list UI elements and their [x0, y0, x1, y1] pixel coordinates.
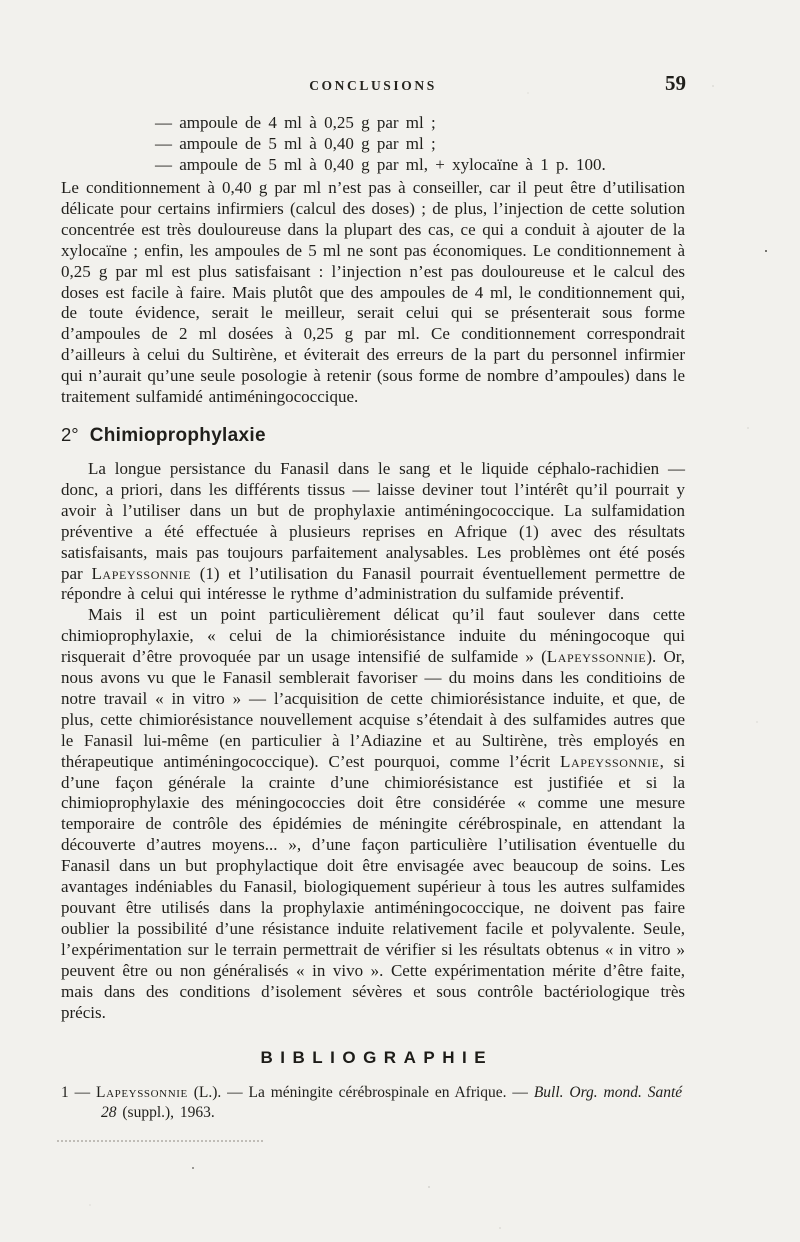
section-heading-chimioprophylaxie: 2°Chimioprophylaxie	[61, 421, 685, 448]
paragraph-chimioresistance: Mais il est un point particulièrement dé…	[61, 605, 685, 1023]
page-number: 59	[630, 71, 686, 96]
page-content: — ampoule de 4 ml à 0,25 g par ml ; — am…	[61, 112, 685, 1123]
list-item-ampoule-5ml-xylocaine: — ampoule de 5 ml à 0,40 g par ml, + xyl…	[155, 154, 685, 175]
scan-artifact-line	[57, 1140, 263, 1142]
paragraph-conditionnement: Le conditionnement à 0,40 g par ml n’est…	[61, 178, 685, 408]
paragraph-persistance-fanasil: La longue persistance du Fanasil dans le…	[61, 459, 685, 605]
section-number: 2°	[61, 424, 79, 445]
ampoule-list: — ampoule de 4 ml à 0,25 g par ml ; — am…	[61, 112, 685, 175]
running-head: CONCLUSIONS	[61, 78, 685, 94]
list-item-ampoule-4ml: — ampoule de 4 ml à 0,25 g par ml ;	[155, 112, 685, 133]
bibliography-heading: BIBLIOGRAPHIE	[61, 1048, 685, 1068]
bibliography-entry: 1 — Lapeyssonnie (L.). — La méningite cé…	[61, 1083, 685, 1123]
scanned-page: CONCLUSIONS 59 — ampoule de 4 ml à 0,25 …	[0, 0, 800, 1242]
list-item-ampoule-5ml: — ampoule de 5 ml à 0,40 g par ml ;	[155, 133, 685, 154]
section-title: Chimioprophylaxie	[90, 425, 266, 446]
